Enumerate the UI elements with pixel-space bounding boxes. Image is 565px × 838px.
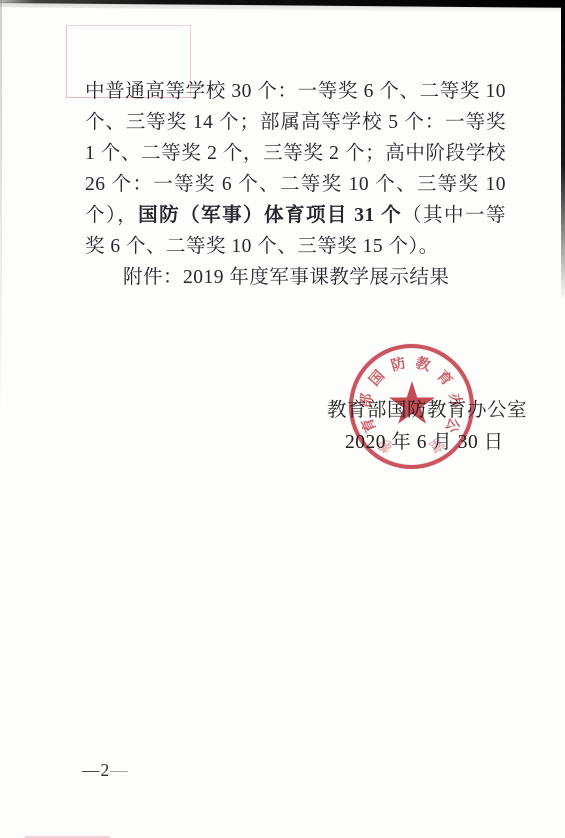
signature-organization: 教育部国防教育办公室 xyxy=(327,394,527,422)
page-number-left-dash: — xyxy=(82,760,101,780)
attachment-line: 附件：2019 年度军事课教学展示结果 xyxy=(123,262,543,293)
page-number-value: 2 xyxy=(101,760,111,780)
scan-edge-right xyxy=(561,0,565,300)
seal-arc-char: 育 xyxy=(432,365,457,390)
body-text-bold: 国防（军事）体育项目 31 个 xyxy=(138,205,402,226)
seal-arc-char: 国 xyxy=(364,365,389,390)
scan-edge-left xyxy=(0,0,2,420)
seal-arc-char: 防 xyxy=(388,352,408,376)
page-number-right-dash: — xyxy=(110,760,129,780)
seal-arc-char: 教 xyxy=(414,352,434,376)
signature-date: 2020 年 6 月 30 日 xyxy=(345,426,504,454)
page-number: —2— xyxy=(82,760,129,781)
body-paragraph: 中普通高等学校 30 个：一等奖 6 个、二等奖 10 个、三等奖 14 个；部… xyxy=(85,76,506,262)
scanned-document-page: 中普通高等学校 30 个：一等奖 6 个、二等奖 10 个、三等奖 14 个；部… xyxy=(0,0,565,838)
